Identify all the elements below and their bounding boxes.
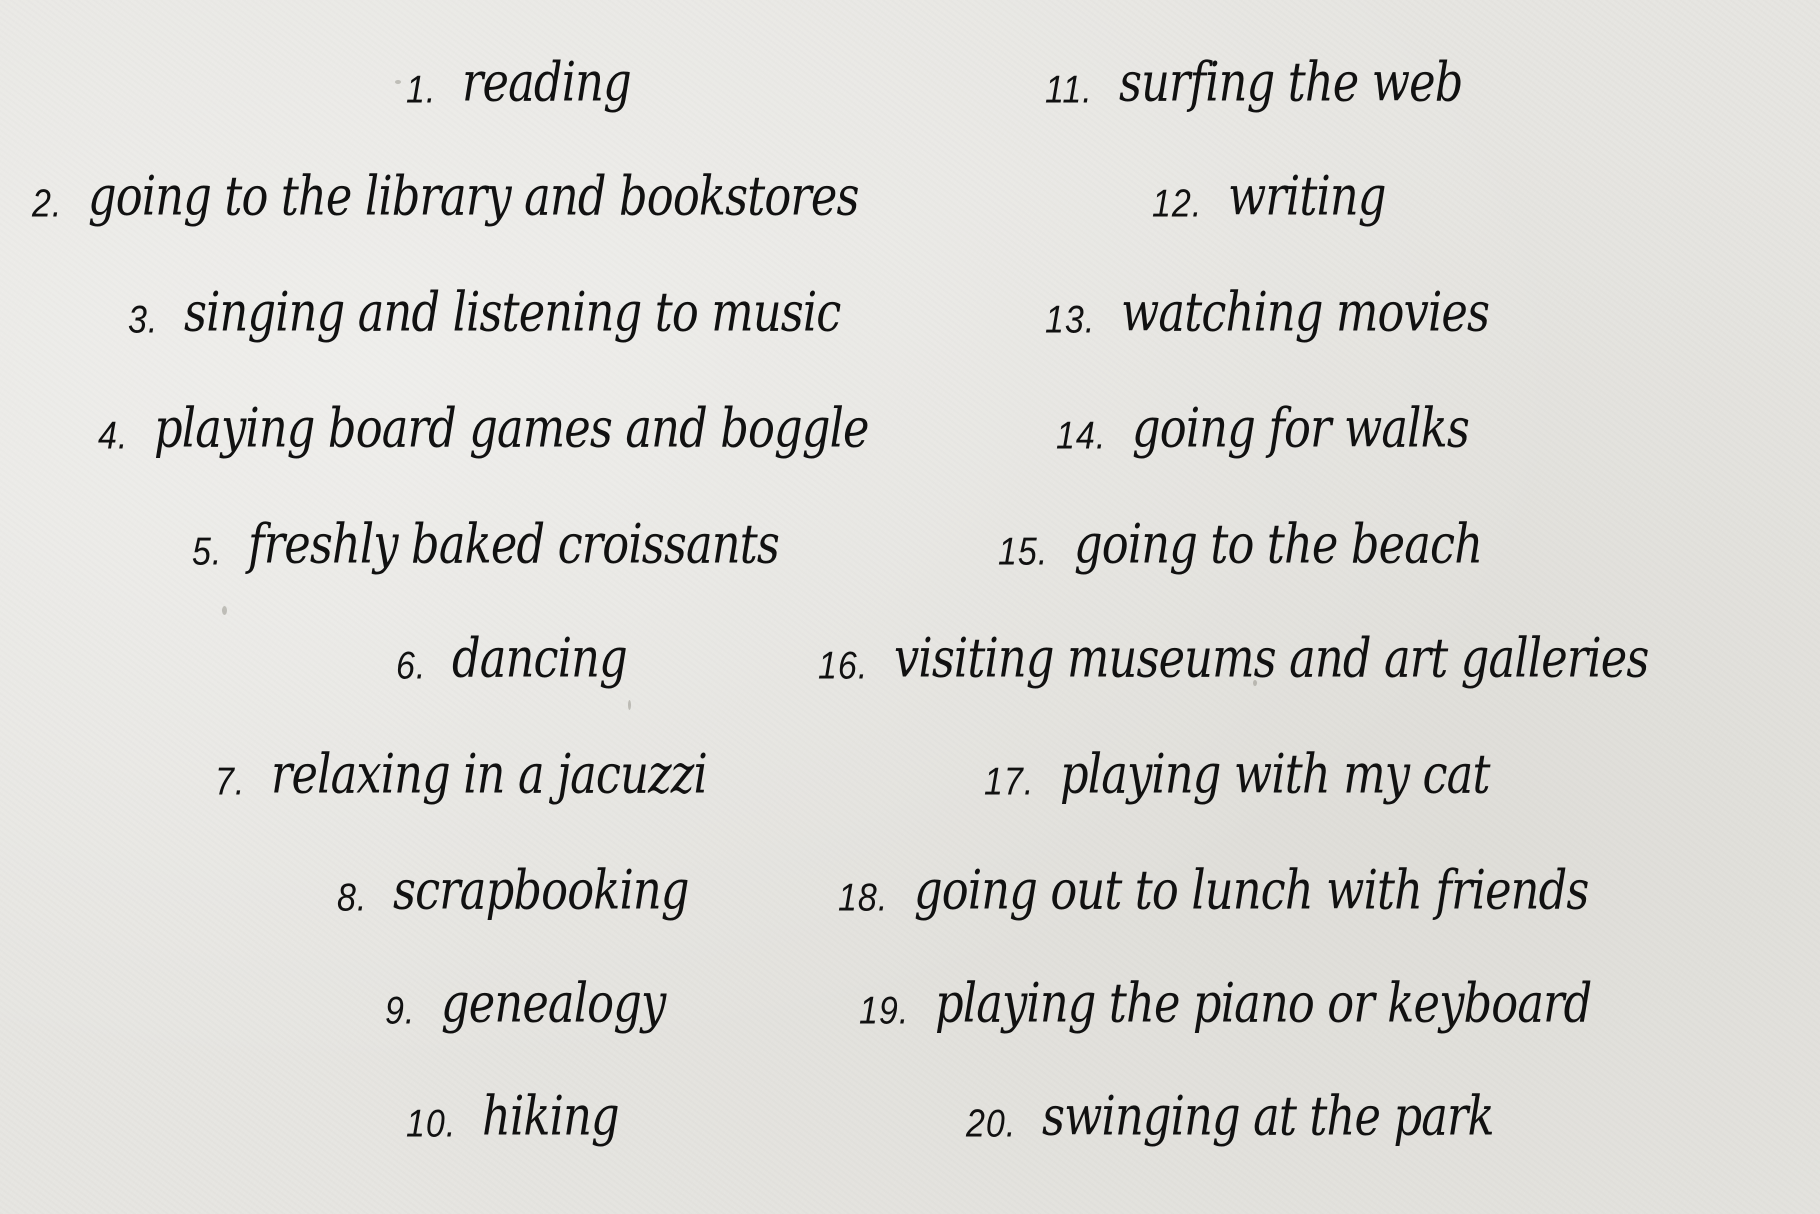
item-number: 8. [337, 878, 367, 917]
list-item-18: 18.going out to lunch with friends [838, 866, 1699, 918]
item-text: playing the piano or keyboard [935, 976, 1591, 1031]
item-number: 12. [1152, 184, 1202, 223]
item-number: 13. [1045, 300, 1095, 339]
item-text: going to the beach [1074, 517, 1482, 572]
list-item-17: 17.playing with my cat [984, 750, 1560, 802]
item-number: 17. [984, 762, 1034, 801]
list-item-13: 13.watching movies [1045, 288, 1549, 340]
list-item-8: 8.scrapbooking [337, 866, 737, 918]
item-text: visiting museums and art galleries [894, 631, 1648, 686]
list-item-11: 11.surfing the web [1045, 58, 1518, 110]
item-text: hiking [482, 1089, 619, 1144]
item-number: 1. [406, 70, 436, 109]
item-number: 18. [838, 878, 888, 917]
item-text: playing board games and boggle [154, 401, 869, 456]
list-item-10: 10.hiking [406, 1092, 641, 1144]
item-text: writing [1228, 169, 1386, 224]
item-number: 10. [406, 1104, 456, 1143]
item-text: dancing [452, 631, 627, 686]
list-item-2: 2.going to the library and bookstores [32, 172, 984, 224]
list-item-12: 12.writing [1152, 172, 1412, 224]
list-item-5: 5.freshly baked croissants [192, 520, 866, 572]
item-text: genealogy [441, 976, 665, 1031]
item-number: 5. [192, 532, 222, 571]
item-number: 2. [32, 184, 62, 223]
list-item-1: 1.reading [406, 58, 659, 110]
list-item-16: 16.visiting museums and art galleries [818, 634, 1772, 686]
paper-speck [395, 80, 401, 84]
item-text: going to the library and bookstores [88, 169, 859, 224]
item-text: surfing the web [1119, 55, 1463, 110]
handwritten-list-page: 1.reading 2.going to the library and boo… [0, 0, 1820, 1214]
item-number: 4. [98, 416, 128, 455]
list-item-15: 15.going to the beach [998, 520, 1549, 572]
list-item-19: 19.playing the piano or keyboard [859, 979, 1699, 1031]
item-text: singing and listening to music [184, 285, 840, 340]
item-text: going out to lunch with friends [914, 863, 1588, 918]
paper-speck [628, 700, 631, 710]
item-number: 16. [818, 646, 868, 685]
item-text: reading [462, 55, 631, 110]
list-item-14: 14.going for walks [1056, 404, 1524, 456]
item-number: 6. [396, 646, 426, 685]
item-number: 19. [859, 991, 909, 1030]
paper-speck [222, 606, 227, 615]
list-item-6: 6.dancing [396, 634, 656, 686]
item-number: 14. [1056, 416, 1106, 455]
item-text: scrapbooking [393, 863, 689, 918]
list-item-20: 20.swinging at the park [966, 1092, 1568, 1144]
list-item-7: 7.relaxing in a jacuzzi [215, 750, 778, 802]
item-text: playing with my cat [1060, 747, 1490, 802]
item-number: 20. [966, 1104, 1016, 1143]
item-text: freshly baked croissants [248, 517, 779, 572]
list-item-9: 9.genealogy [385, 979, 702, 1031]
item-number: 11. [1045, 70, 1093, 109]
item-text: swinging at the park [1042, 1089, 1494, 1144]
list-item-4: 4.playing board games and boggle [98, 404, 985, 456]
item-text: going for walks [1132, 401, 1469, 456]
item-text: relaxing in a jacuzzi [271, 747, 707, 802]
item-number: 15. [998, 532, 1048, 571]
item-number: 7. [215, 762, 245, 801]
list-item-3: 3.singing and listening to music [128, 288, 948, 340]
item-text: watching movies [1121, 285, 1489, 340]
item-number: 3. [128, 300, 158, 339]
item-number: 9. [385, 991, 415, 1030]
